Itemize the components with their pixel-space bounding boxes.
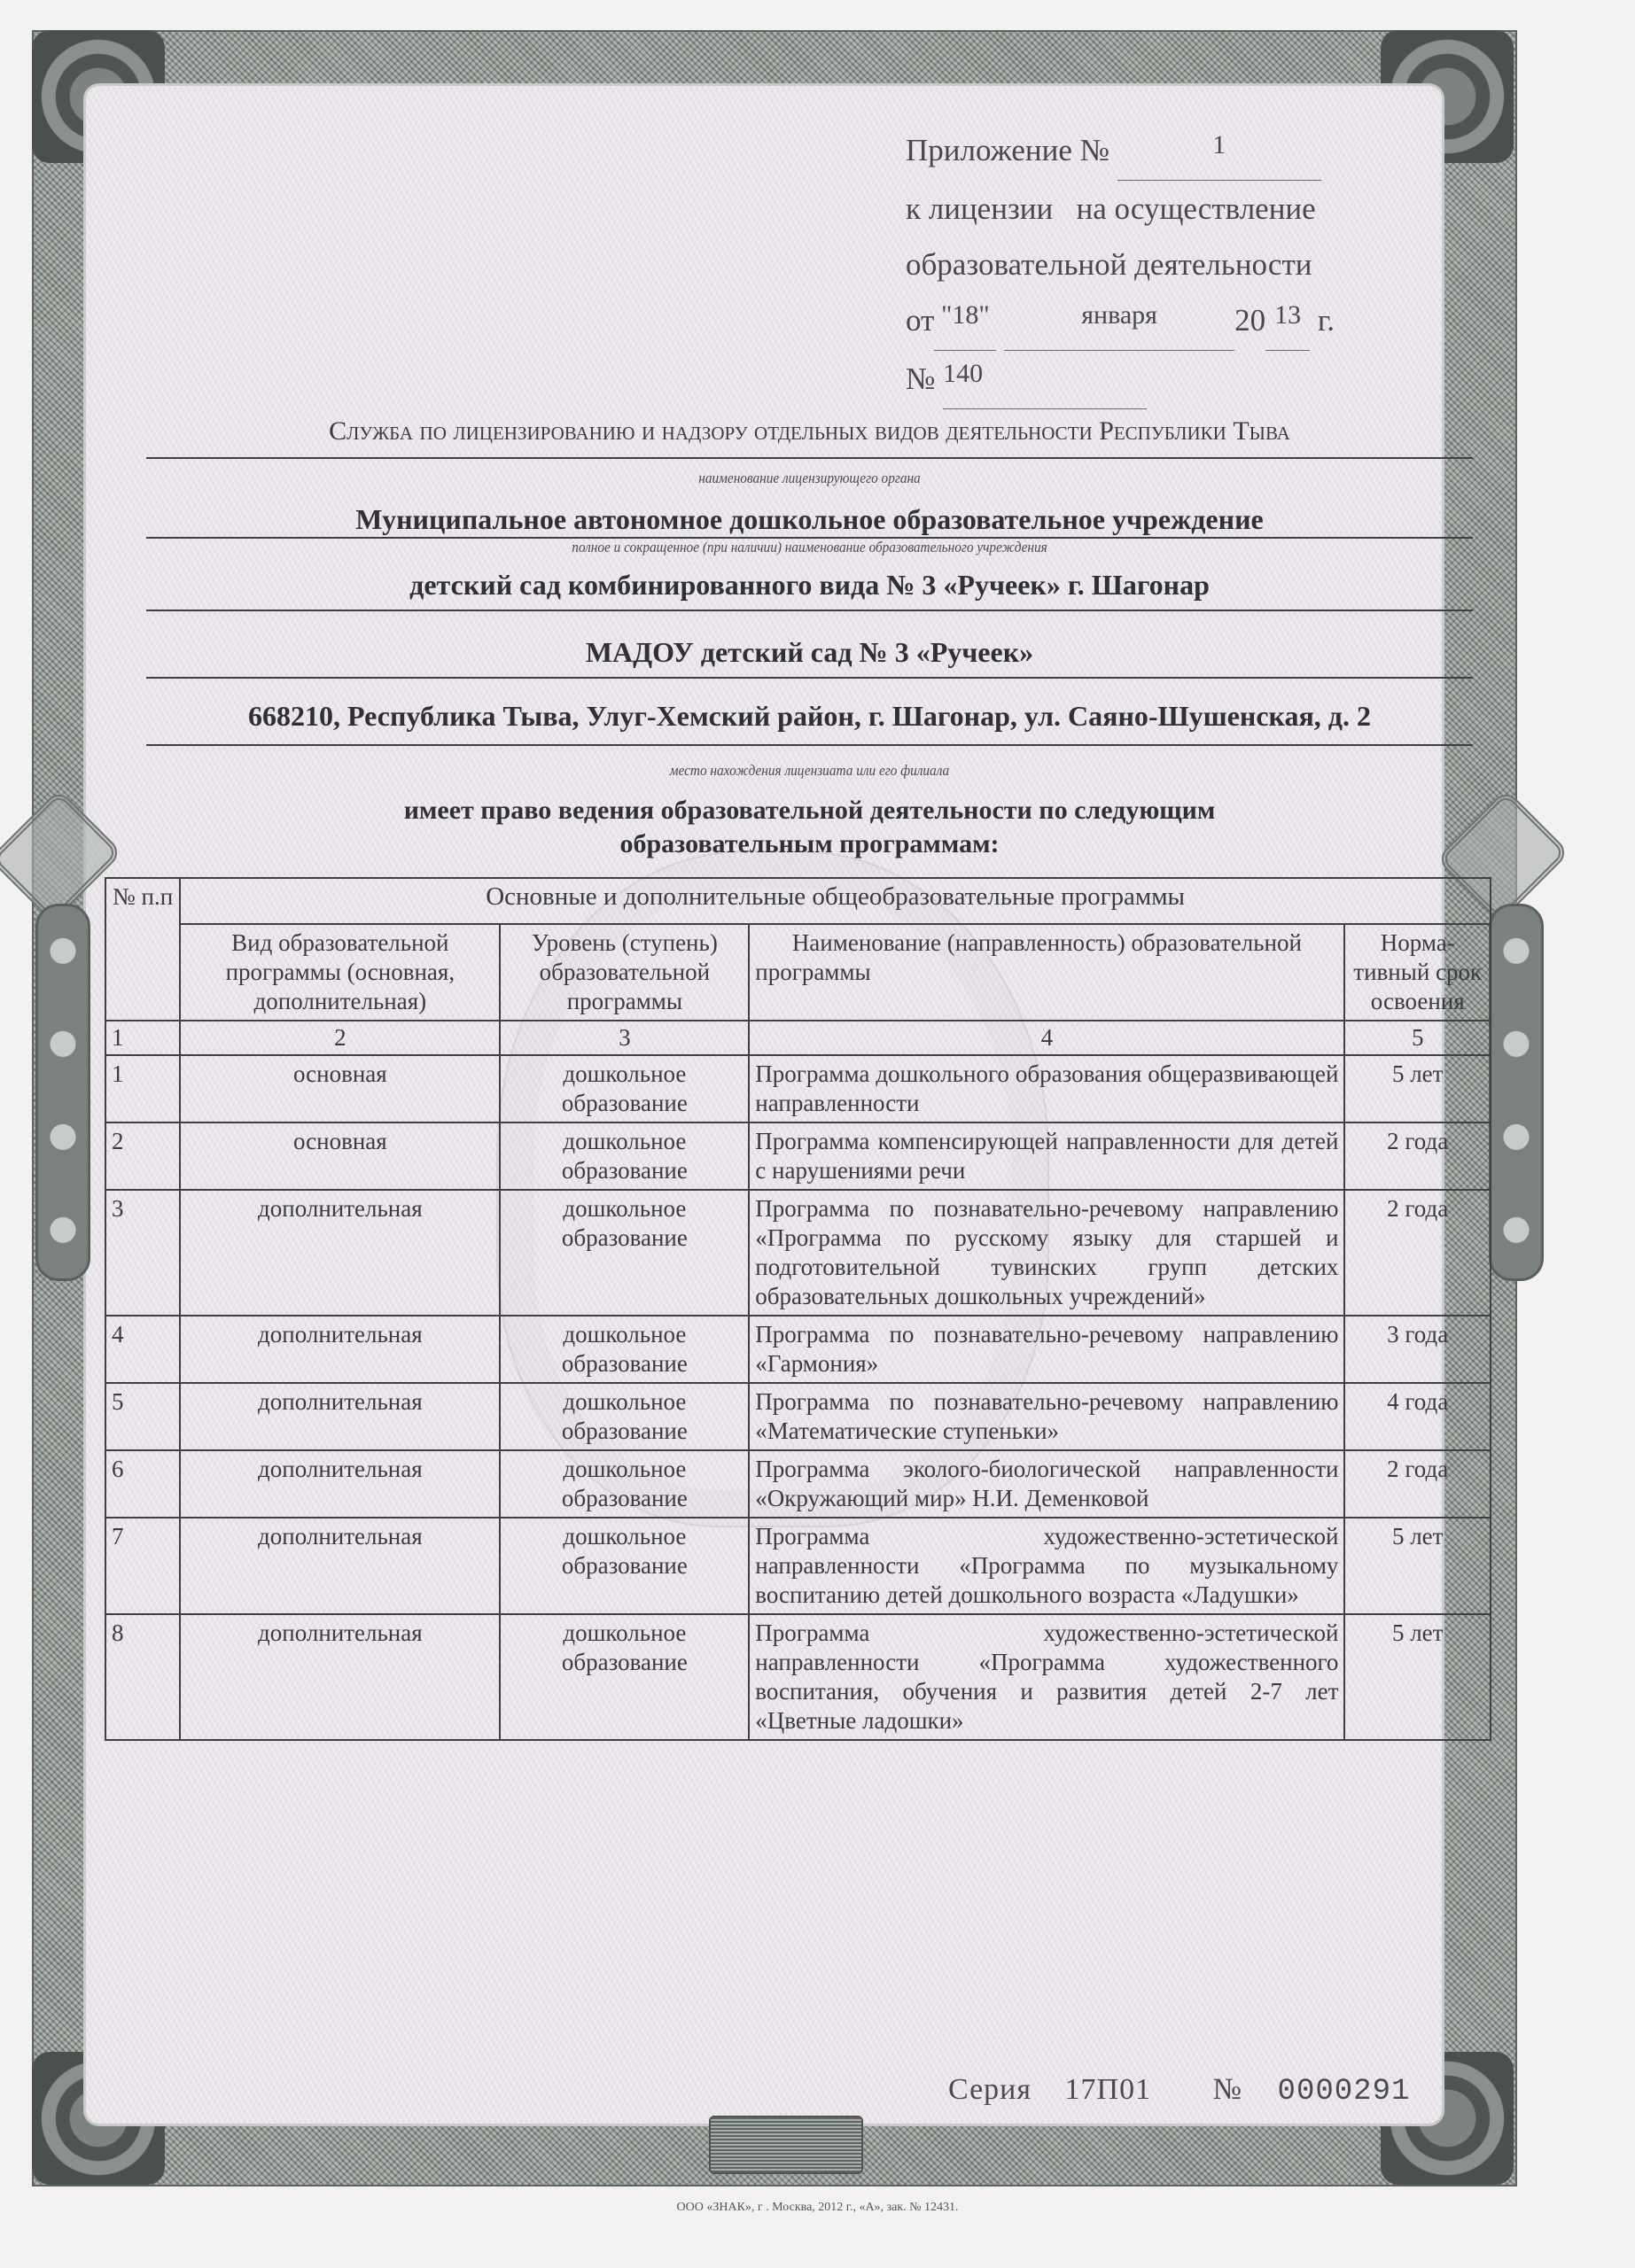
num-header: № п.п [105,878,180,1021]
license-number: 140 [943,359,983,388]
institution-address: 668210, Республика Тыва, Улуг-Хемский ра… [146,700,1473,733]
appendix-header: Приложение № 1 к лицензии на осуществлен… [906,122,1335,409]
year-prefix: 20 [1234,303,1265,338]
year-suffix: 13 [1274,300,1301,330]
program-name: Программа эколого-биологической направле… [749,1450,1344,1518]
bottom-emblem-icon [709,2116,863,2174]
column-number: 1 [105,1021,180,1055]
program-term: 2 года [1344,1122,1491,1190]
appendix-label: Приложение № [906,133,1109,167]
row-number: 2 [105,1122,180,1190]
program-kind: основная [180,1055,500,1122]
divider [146,457,1473,459]
row-number: 8 [105,1614,180,1740]
program-name: Программа художественно-эстетической нап… [749,1614,1344,1740]
programs-table: № п.п Основные и дополнительные общеобра… [105,877,1491,1741]
authority-caption: наименование лицензирующего органа [213,470,1406,487]
printer-imprint: ООО «ЗНАК», г . Москва, 2012 г., «А», за… [0,2201,1635,2215]
column-number: 3 [500,1021,749,1055]
divider [146,744,1473,746]
side-ornament-panel [1489,904,1544,1281]
program-kind: основная [180,1122,500,1190]
program-kind: дополнительная [180,1316,500,1383]
side-ornament-panel [35,904,90,1281]
institution-short-name: МАДОУ детский сад № 3 «Ручеек» [146,636,1473,669]
program-kind: дополнительная [180,1383,500,1450]
date-day: 18 [952,300,978,330]
row-number: 3 [105,1190,180,1316]
form-number-label: № [1213,2073,1242,2106]
program-name: Программа художественно-эстетической нап… [749,1518,1344,1614]
program-level: дошкольное образование [500,1190,749,1316]
program-term: 2 года [1344,1450,1491,1518]
license-no-label: № [906,361,935,396]
program-level: дошкольное образование [500,1383,749,1450]
program-name: Программа по познавательно-речевому напр… [749,1190,1344,1316]
row-number: 6 [105,1450,180,1518]
program-term: 5 лет [1344,1055,1491,1122]
program-term: 3 года [1344,1316,1491,1383]
row-number: 4 [105,1316,180,1383]
program-name: Программа дошкольного образования общера… [749,1055,1344,1122]
institution-caption: полное и сокращенное (при наличии) наиме… [213,539,1406,556]
rights-statement-line1: имеет право ведения образовательной деят… [146,796,1473,826]
appendix-line2: к лицензии на осуществление [906,181,1335,237]
address-caption: место нахождения лицензиата или его фили… [213,762,1406,780]
institution-name-line2: детский сад комбинированного вида № 3 «Р… [146,569,1473,602]
divider [146,677,1473,679]
program-level: дошкольное образование [500,1122,749,1190]
program-term: 5 лет [1344,1518,1491,1614]
program-kind: дополнительная [180,1518,500,1614]
program-kind: дополнительная [180,1614,500,1740]
program-level: дошкольное образование [500,1450,749,1518]
table-row: 5дополнительнаядошкольное образованиеПро… [105,1383,1491,1450]
licensing-authority: Служба по лицензированию и надзору отдел… [146,416,1473,447]
table-row: 2основнаядошкольное образованиеПрограмма… [105,1122,1491,1190]
program-name: Программа по познавательно-речевому напр… [749,1383,1344,1450]
date-prefix: от [906,303,934,338]
program-term: 5 лет [1344,1614,1491,1740]
program-term: 4 года [1344,1383,1491,1450]
row-number: 5 [105,1383,180,1450]
row-number: 1 [105,1055,180,1122]
table-row: 1основнаядошкольное образованиеПрограмма… [105,1055,1491,1122]
row-number: 7 [105,1518,180,1614]
rights-statement-line2: образовательным программам: [146,829,1473,859]
table-row: 8дополнительнаядошкольное образованиеПро… [105,1614,1491,1740]
table-row: 6дополнительнаядошкольное образованиеПро… [105,1450,1491,1518]
table-row: 3дополнительнаядошкольное образованиеПро… [105,1190,1491,1316]
institution-name-line1: Муниципальное автономное дошкольное обра… [146,503,1473,536]
appendix-line3: образовательной деятельности [906,237,1335,292]
series-label: Серия [948,2073,1032,2106]
form-number: 0000291 [1278,2075,1411,2109]
program-level: дошкольное образование [500,1614,749,1740]
series-value: 17П01 [1065,2073,1152,2106]
year-unit: г. [1318,303,1335,338]
program-kind: дополнительная [180,1450,500,1518]
column-header: Норма-тивный срок освоения [1344,924,1491,1021]
program-kind: дополнительная [180,1190,500,1316]
column-header: Вид образовательной программы (основная,… [180,924,500,1021]
program-name: Программа по познавательно-речевому напр… [749,1316,1344,1383]
table-row: 7дополнительнаядошкольное образованиеПро… [105,1518,1491,1614]
appendix-number: 1 [1212,130,1226,159]
program-level: дошкольное образование [500,1055,749,1122]
column-header: Уровень (ступень) образовательной програ… [500,924,749,1021]
divider [146,610,1473,611]
program-level: дошкольное образование [500,1316,749,1383]
date-month: января [1081,300,1157,330]
table-row: 4дополнительнаядошкольное образованиеПро… [105,1316,1491,1383]
program-term: 2 года [1344,1190,1491,1316]
column-number: 5 [1344,1021,1491,1055]
column-number: 4 [749,1021,1344,1055]
column-header: Наименование (направленность) образовате… [749,924,1344,1021]
column-number: 2 [180,1021,500,1055]
program-name: Программа компенсирующей направленности … [749,1122,1344,1190]
program-level: дошкольное образование [500,1518,749,1614]
form-series: Серия 17П01 № 0000291 [948,2073,1410,2109]
group-header: Основные и дополнительные общеобразовате… [180,878,1491,924]
